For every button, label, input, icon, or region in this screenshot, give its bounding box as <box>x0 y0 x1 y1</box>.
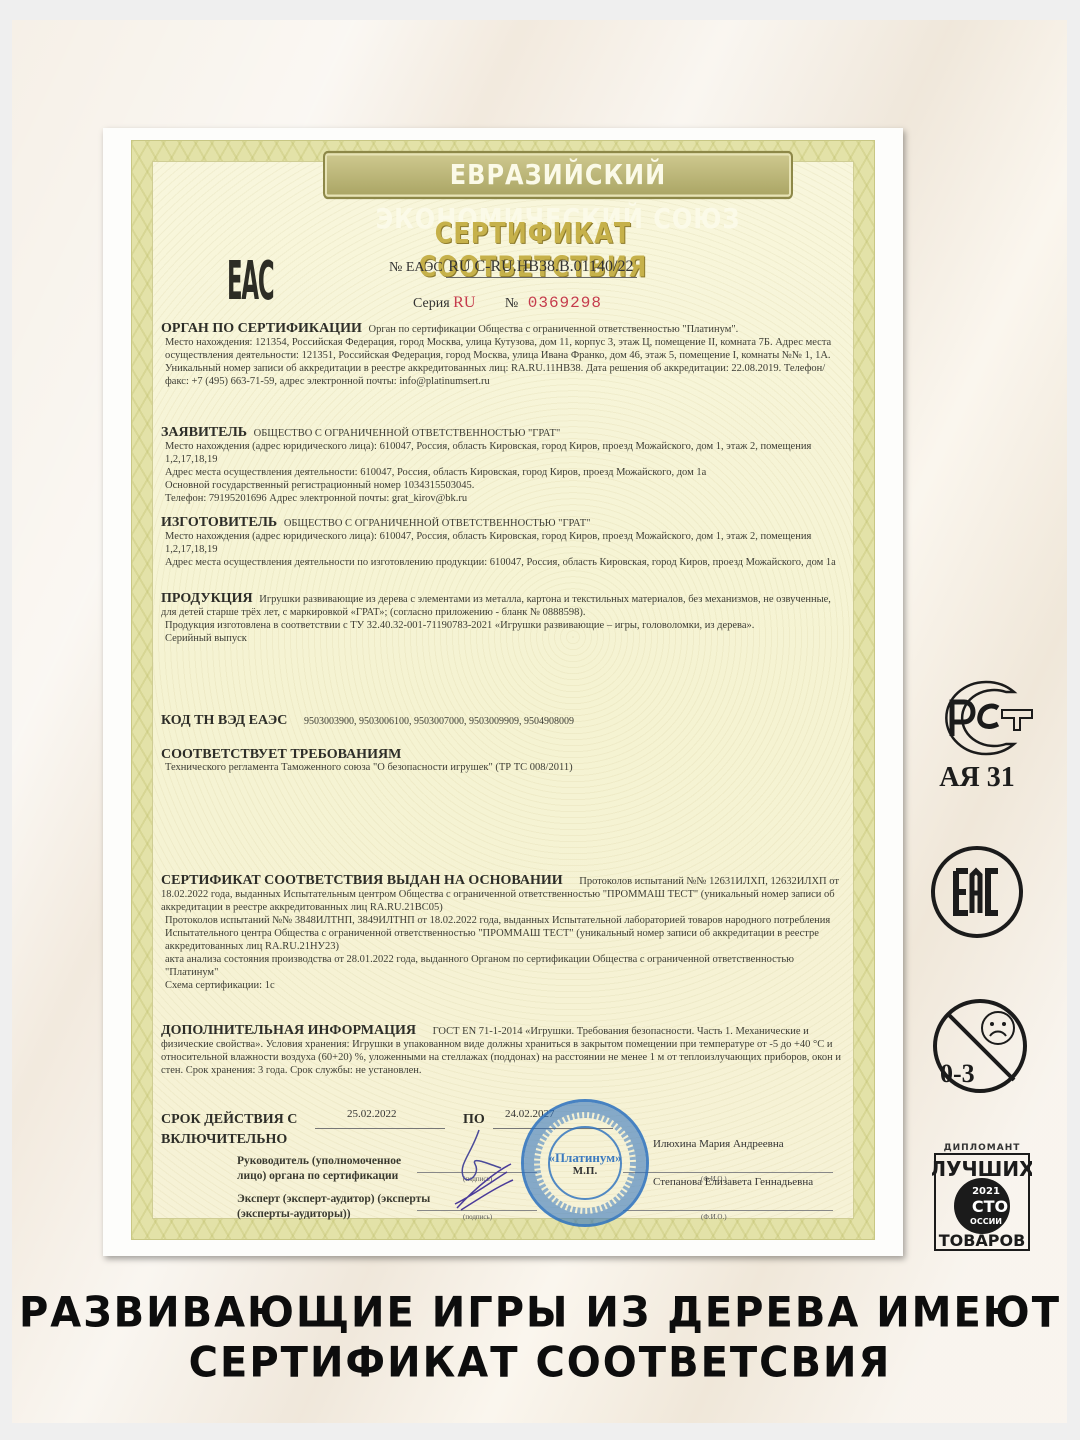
headline-line-2: СЕРТИФИКАТ СООТВЕТСВИЯ <box>0 1339 1080 1387</box>
validity-from-label: СРОК ДЕЙСТВИЯ С <box>161 1112 297 1127</box>
section-certification-body: ОРГАН ПО СЕРТИФИКАЦИИ Орган по сертифика… <box>161 322 845 388</box>
section-text: Схема сертификации: 1с <box>161 979 845 992</box>
certificate-frame: ЕВРАЗИЙСКИЙ ЭКОНОМИЧЕСКИЙ СОЮЗ СЕРТИФИКА… <box>131 140 875 1240</box>
stamp-mp: М.П. <box>524 1165 646 1177</box>
section-manufacturer: ИЗГОТОВИТЕЛЬ ОБЩЕСТВО С ОГРАНИЧЕННОЙ ОТВ… <box>161 516 845 569</box>
section-text: Протоколов испытаний №№ 3848ИЛТНП, 3849И… <box>161 914 845 953</box>
section-heading: ЗАЯВИТЕЛЬ <box>161 425 247 440</box>
section-heading: ОРГАН ПО СЕРТИФИКАЦИИ <box>161 321 362 336</box>
eac-logo-icon: ЕАС <box>227 250 273 312</box>
serial-value: 0369298 <box>528 294 602 312</box>
section-heading: ИЗГОТОВИТЕЛЬ <box>161 515 277 530</box>
section-issued-basis: СЕРТИФИКАТ СООТВЕТСТВИЯ ВЫДАН НА ОСНОВАН… <box>161 874 845 992</box>
section-lead: ОБЩЕСТВО С ОГРАНИЧЕННОЙ ОТВЕТСТВЕННОСТЬЮ… <box>284 518 591 529</box>
union-banner: ЕВРАЗИЙСКИЙ ЭКОНОМИЧЕСКИЙ СОЮЗ <box>323 151 793 199</box>
age-restriction-icon: 0-3 <box>930 998 1030 1094</box>
svg-text:ОССИИ: ОССИИ <box>970 1217 1002 1226</box>
number-value: RU C-RU.HB38.B.01140/22 <box>446 258 637 278</box>
expert-signer-label: Эксперт (эксперт-аудитор) (эксперты (экс… <box>237 1192 437 1222</box>
rst-code-label: АЯ 31 <box>922 762 1032 794</box>
series-label: Серия <box>413 296 450 311</box>
name-caption: (Ф.И.О.) <box>701 1213 727 1221</box>
section-text: Телефон: 79195201696 Адрес электронной п… <box>161 492 845 505</box>
eac-circle-icon <box>930 845 1024 939</box>
svg-text:ЛУЧШИХ: ЛУЧШИХ <box>932 1157 1032 1181</box>
svg-text:0-3: 0-3 <box>940 1059 975 1088</box>
head-signer-label: Руководитель (уполномоченное лицо) орган… <box>237 1154 407 1184</box>
eac-badge <box>930 845 1024 939</box>
section-heading: СЕРТИФИКАТ СООТВЕТСТВИЯ ВЫДАН НА ОСНОВАН… <box>161 873 563 888</box>
section-lead: 9503003900, 9503006100, 9503007000, 9503… <box>304 716 574 727</box>
validity-from-date: 25.02.2022 <box>347 1104 397 1124</box>
signature-caption: (подпись) <box>463 1213 492 1221</box>
section-lead: Орган по сертификации Общества с огранич… <box>368 324 738 335</box>
head-signer-name: Илюхина Мария Андреевна <box>653 1138 784 1150</box>
section-text: Продукция изготовлена в соответствии с Т… <box>161 619 845 632</box>
section-lead: Игрушки развивающие из дерева с элемента… <box>161 594 831 618</box>
section-additional-info: ДОПОЛНИТЕЛЬНАЯ ИНФОРМАЦИЯ ГОСТ EN 71-1-2… <box>161 1024 845 1077</box>
section-text: Технического регламента Таможенного союз… <box>161 761 845 774</box>
section-lead: ОБЩЕСТВО С ОГРАНИЧЕННОЙ ОТВЕТСТВЕННОСТЬЮ… <box>254 428 561 439</box>
series-value: RU <box>453 294 475 311</box>
svg-text:ТОВАРОВ: ТОВАРОВ <box>939 1231 1026 1250</box>
section-text: акта анализа состояния производства от 2… <box>161 953 845 979</box>
best-goods-russia-icon: ДИПЛОМАНТ ЛУЧШИХ 2021 СТО ОССИИ ТОВАРОВ <box>932 1140 1032 1252</box>
number-label: № ЕАЭС <box>389 260 443 275</box>
section-heading: КОД ТН ВЭД ЕАЭС <box>161 713 287 728</box>
section-text: Место нахождения (адрес юридического лиц… <box>161 440 845 466</box>
section-heading: ДОПОЛНИТЕЛЬНАЯ ИНФОРМАЦИЯ <box>161 1023 416 1038</box>
section-tn-ved-code: КОД ТН ВЭД ЕАЭС 9503003900, 9503006100, … <box>161 714 845 728</box>
certificate-sheet: ЕВРАЗИЙСКИЙ ЭКОНОМИЧЕСКИЙ СОЮЗ СЕРТИФИКА… <box>103 128 903 1256</box>
section-heading: ПРОДУКЦИЯ <box>161 591 253 606</box>
section-heading: СООТВЕТСТВУЕТ ТРЕБОВАНИЯМ <box>161 748 841 761</box>
section-text: Место нахождения (адрес юридического лиц… <box>161 530 845 556</box>
section-text: Серийный выпуск <box>161 632 845 645</box>
age-restriction-badge: 0-3 <box>930 998 1030 1094</box>
rst-gost-icon <box>922 678 1034 758</box>
section-text: Основной государственный регистрационный… <box>161 479 845 492</box>
certification-stamp: «Платинум» М.П. <box>521 1099 649 1227</box>
series-row: Серия RU № 0369298 <box>413 294 602 312</box>
certificate-body: ЕВРАЗИЙСКИЙ ЭКОНОМИЧЕСКИЙ СОЮЗ СЕРТИФИКА… <box>152 161 854 1219</box>
section-text: Адрес места осуществления деятельности: … <box>161 466 845 479</box>
svg-text:СТО: СТО <box>972 1197 1008 1216</box>
signature-scribble-icon <box>449 1124 519 1214</box>
svg-text:ДИПЛОМАНТ: ДИПЛОМАНТ <box>944 1143 1021 1153</box>
expert-signer-name: Степанова Елизавета Геннадьевна <box>653 1176 813 1188</box>
best-goods-badge: ДИПЛОМАНТ ЛУЧШИХ 2021 СТО ОССИИ ТОВАРОВ <box>932 1140 1032 1252</box>
headline-line-1: РАЗВИВАЮЩИЕ ИГРЫ ИЗ ДЕРЕВА ИМЕЮТ <box>0 1289 1080 1337</box>
svg-text:2021: 2021 <box>972 1186 1000 1197</box>
section-applicant: ЗАЯВИТЕЛЬ ОБЩЕСТВО С ОГРАНИЧЕННОЙ ОТВЕТС… <box>161 426 845 505</box>
certificate-number: № ЕАЭС RU C-RU.HB38.B.01140/22 <box>389 258 637 276</box>
section-text: Адрес места осуществления деятельности п… <box>161 556 845 569</box>
section-product: ПРОДУКЦИЯ Игрушки развивающие из дерева … <box>161 592 845 645</box>
serial-label: № <box>505 296 518 311</box>
rst-badge: АЯ 31 <box>922 678 1034 798</box>
section-text: Место нахождения: 121354, Российская Фед… <box>161 336 845 388</box>
section-requirements: СООТВЕТСТВУЕТ ТРЕБОВАНИЯМ Технического р… <box>161 748 845 774</box>
stamp-name: «Платинум» <box>524 1150 646 1166</box>
